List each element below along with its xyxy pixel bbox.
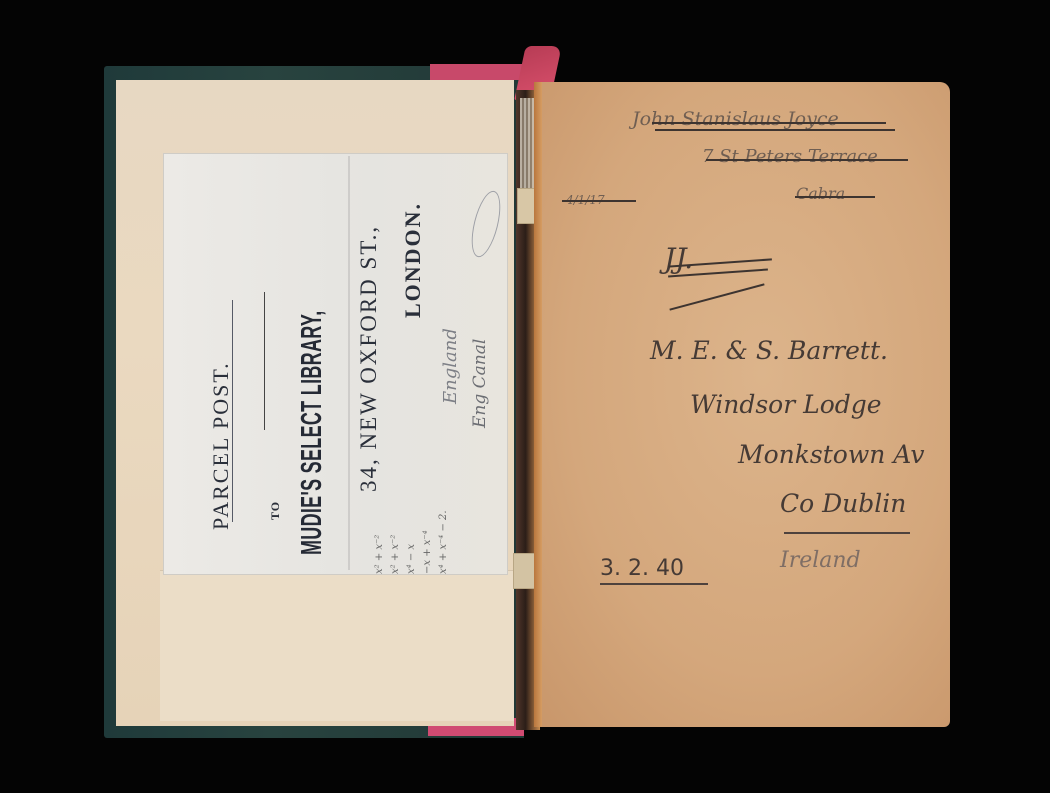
date-underline — [600, 583, 708, 585]
library-city: LONDON. — [400, 202, 426, 318]
owner-address-line-2: Windsor Lodge — [690, 390, 882, 419]
struck-owner-name: John Stanislaus Joyce — [632, 108, 839, 130]
pencil-note-england: England — [440, 328, 461, 404]
pencil-math-working: x² + x⁻² x² + x⁻² x⁴ − x −x + x⁻⁴ x⁴ + x… — [372, 510, 452, 574]
strike-line — [795, 196, 875, 198]
math-line: x⁴ + x⁻⁴ − 2. — [436, 510, 452, 574]
owner-address-line-1: M. E. & S. Barrett. — [650, 336, 888, 365]
address-underline — [784, 532, 910, 534]
struck-owner-street: 7 St Peters Terrace — [702, 146, 878, 167]
pastedown-lower-panel — [160, 570, 514, 721]
label-heading: PARCEL POST. — [208, 361, 234, 530]
math-line: x² + x⁻² — [388, 510, 404, 574]
strike-line — [655, 129, 895, 131]
library-address: 34, NEW OXFORD ST., — [356, 225, 382, 492]
pencil-note-eng-canal: Eng Canal — [470, 339, 490, 428]
struck-owner-city: Cabra — [796, 184, 845, 203]
library-name: MUDIE'S SELECT LIBRARY, — [296, 310, 329, 555]
owner-address-line-4: Co Dublin — [780, 489, 906, 518]
math-line: x² + x⁻² — [372, 510, 388, 574]
owner-address-line-3: Monkstown Av — [738, 440, 924, 469]
struck-initials: JJ. — [664, 242, 693, 275]
label-fold-line — [348, 156, 350, 570]
label-to: TO — [268, 501, 283, 520]
hinge-tape-bottom — [513, 553, 535, 589]
strike-line — [652, 122, 886, 124]
heading-underline — [232, 300, 233, 522]
label-divider-rule — [264, 292, 265, 430]
math-line: −x + x⁻⁴ — [420, 510, 436, 574]
owner-address-line-5: Ireland — [780, 548, 861, 573]
cover-corner-red-top — [430, 64, 528, 80]
strike-line — [706, 159, 908, 161]
flyleaf-edge — [534, 82, 542, 727]
inscription-date: 3. 2. 40 — [600, 556, 684, 581]
strike-line — [562, 200, 636, 202]
math-line: x⁴ − x — [404, 510, 420, 574]
